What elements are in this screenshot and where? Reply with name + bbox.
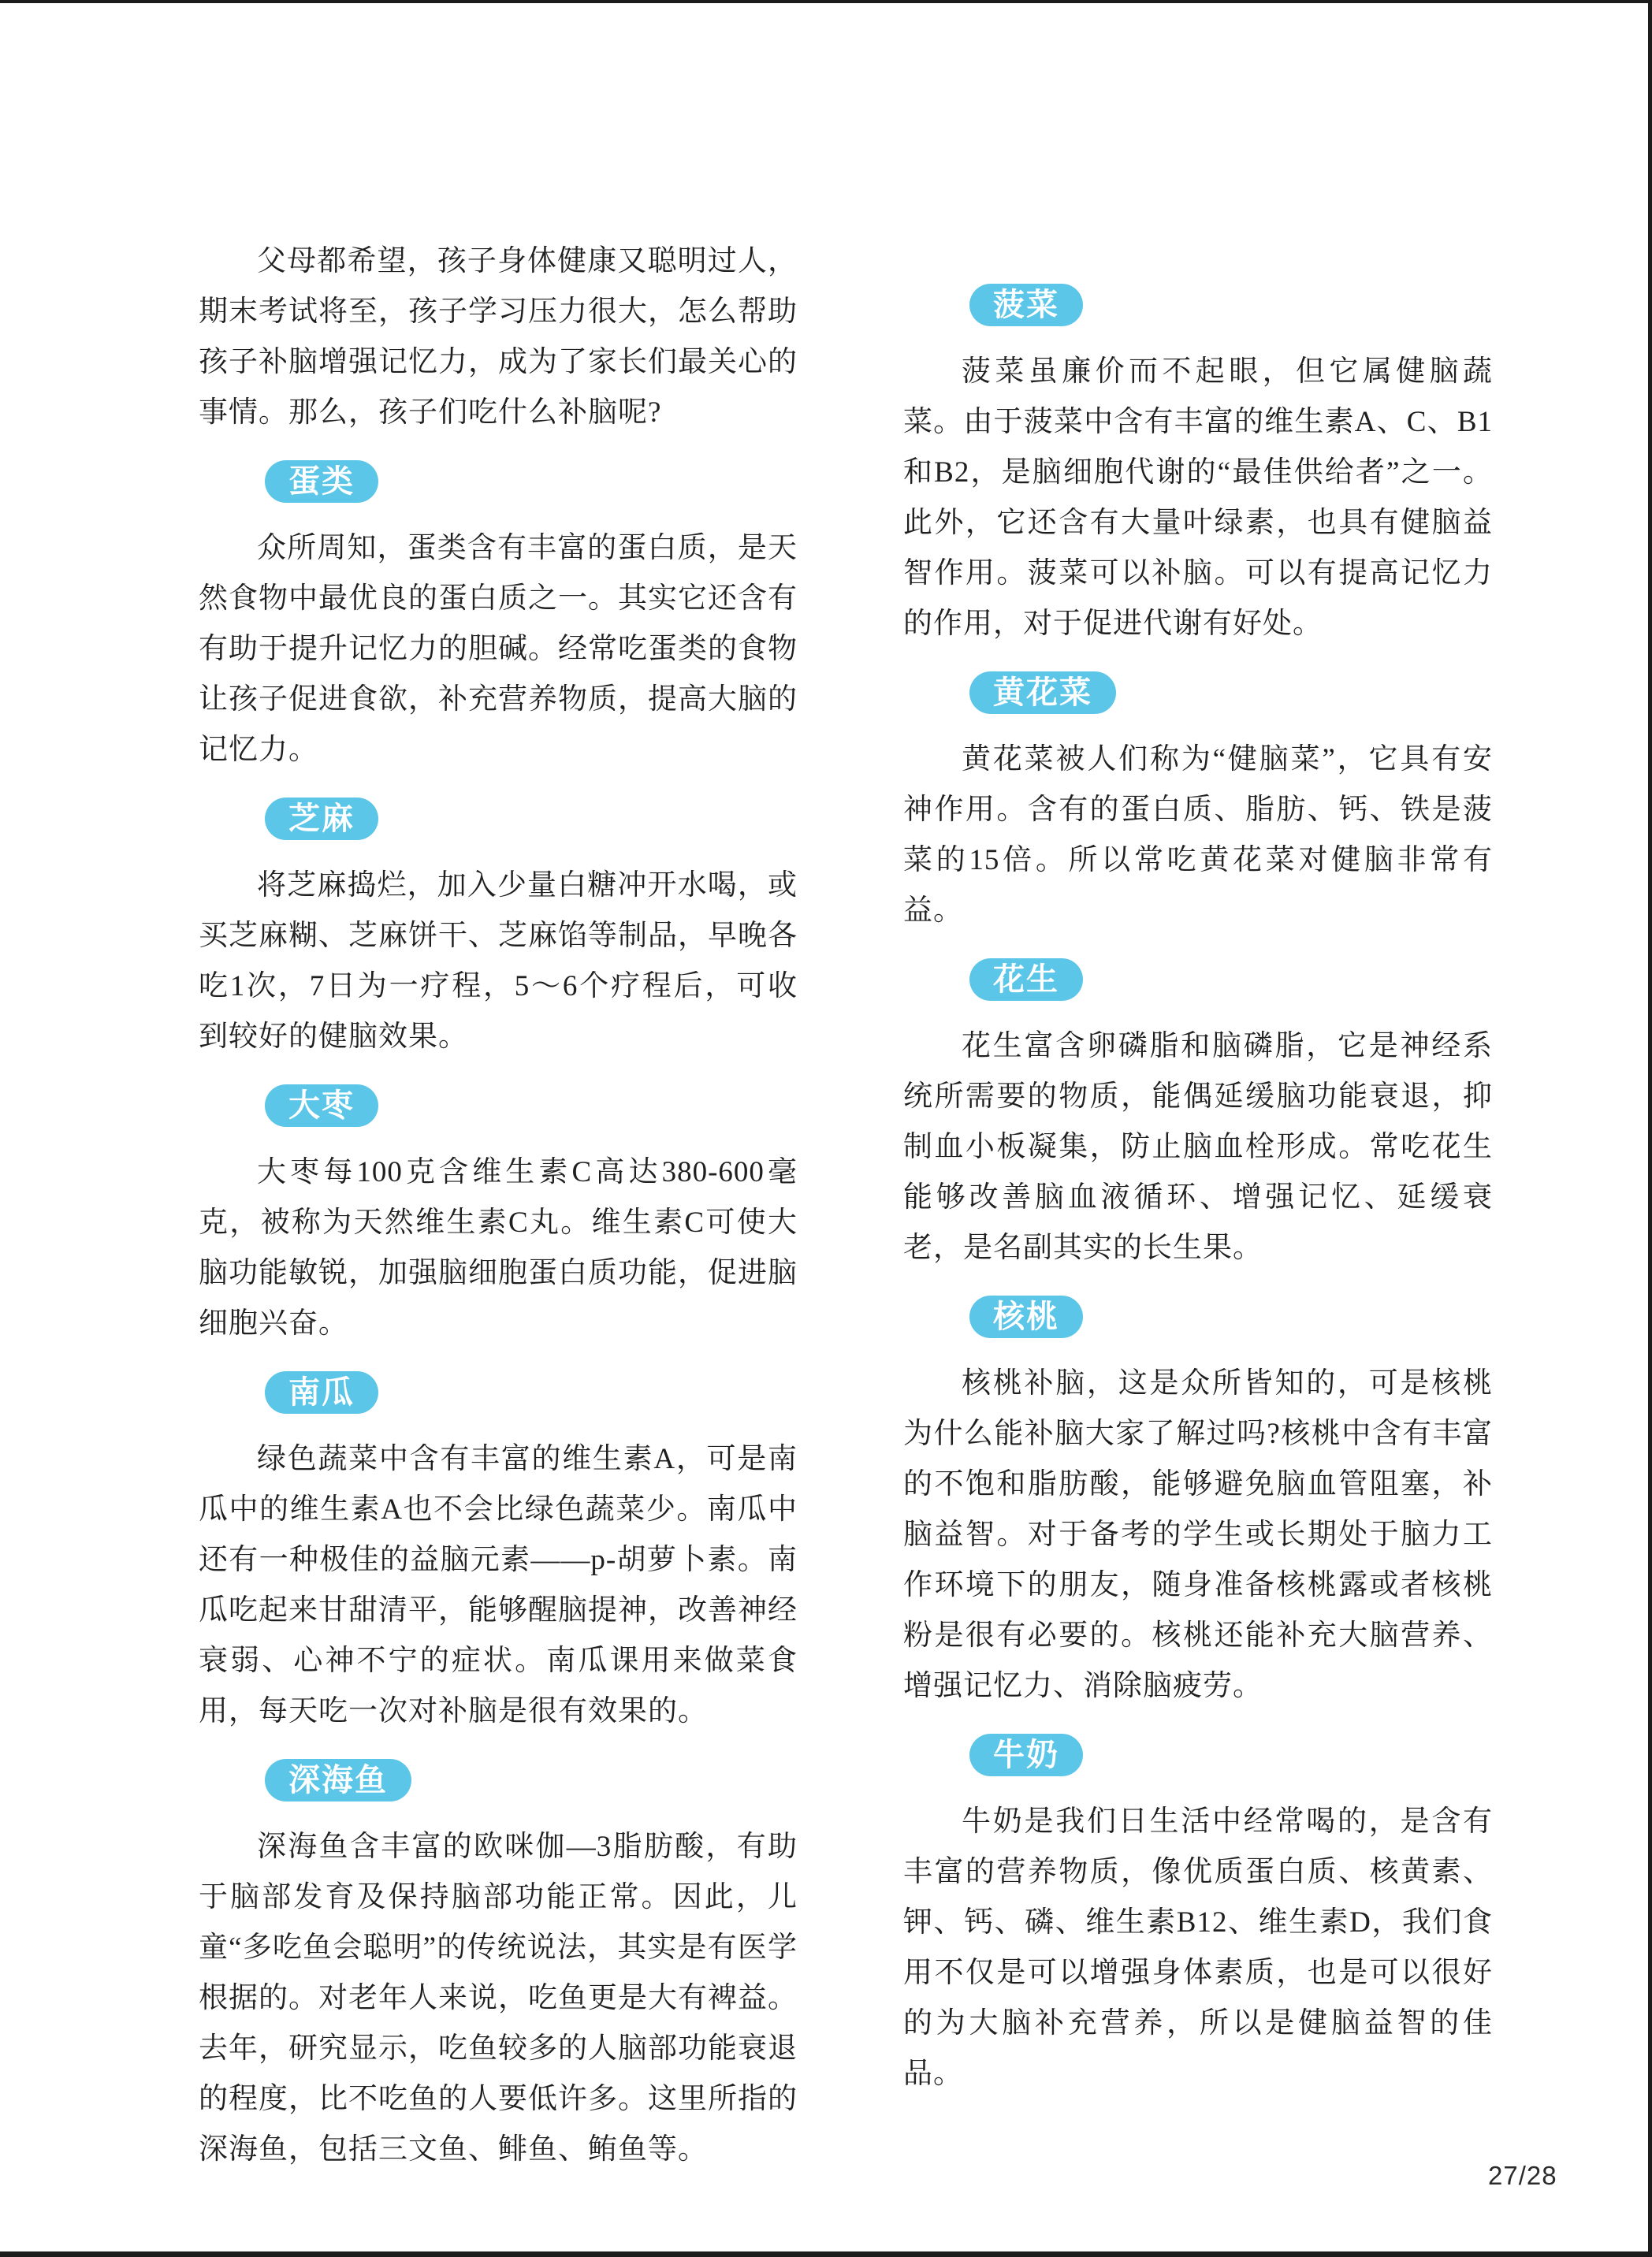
section-badge-peanut: 花生: [969, 958, 1083, 1001]
section-peanut-paragraph: 花生富含卵磷脂和脑磷脂，它是神经系统所需要的物质，能偶延缓脑功能衰退，抑制血小板…: [903, 1021, 1493, 1274]
right-column: 菠菜 菠菜虽廉价而不起眼，但它属健脑蔬菜。由于菠菜中含有丰富的维生素A、C、B1…: [903, 236, 1493, 2099]
section-deep-sea-fish-paragraph: 深海鱼含丰富的欧咪伽—3脂肪酸，有助于脑部发育及保持脑部功能正常。因此，儿童“多…: [199, 1822, 798, 2175]
section-jujube-header: 大枣: [199, 1062, 798, 1147]
page-edge-right: [1648, 0, 1652, 2257]
section-sesame-paragraph: 将芝麻捣烂，加入少量白糖冲开水喝，或买芝麻糊、芝麻饼干、芝麻馅等制品，早晚各吃1…: [199, 861, 798, 1062]
section-badge-deep-sea-fish: 深海鱼: [265, 1759, 411, 1802]
section-spinach-paragraph: 菠菜虽廉价而不起眼，但它属健脑蔬菜。由于菠菜中含有丰富的维生素A、C、B1和B2…: [903, 347, 1493, 649]
intro-paragraph: 父母都希望，孩子身体健康又聪明过人，期末考试将至，孩子学习压力很大，怎么帮助孩子…: [199, 236, 798, 438]
left-column: 父母都希望，孩子身体健康又聪明过人，期末考试将至，孩子学习压力很大，怎么帮助孩子…: [199, 236, 798, 2175]
section-jujube-paragraph: 大枣每100克含维生素C高达380-600毫克，被称为天然维生素C丸。维生素C可…: [199, 1147, 798, 1349]
section-pumpkin-header: 南瓜: [199, 1349, 798, 1434]
section-spinach-header: 菠菜: [903, 236, 1493, 347]
section-pumpkin-paragraph: 绿色蔬菜中含有丰富的维生素A，可是南瓜中的维生素A也不会比绿色蔬菜少。南瓜中还有…: [199, 1434, 798, 1737]
section-walnut-paragraph: 核桃补脑，这是众所皆知的，可是核桃为什么能补脑大家了解过吗?核桃中含有丰富的不饱…: [903, 1359, 1493, 1712]
section-badge-walnut: 核桃: [969, 1296, 1083, 1338]
section-badge-jujube: 大枣: [265, 1084, 378, 1127]
section-peanut-header: 花生: [903, 936, 1493, 1021]
page-edge-bottom: [0, 2251, 1652, 2257]
section-badge-sesame: 芝麻: [265, 798, 378, 840]
section-eggs-paragraph: 众所周知，蛋类含有丰富的蛋白质，是天然食物中最优良的蛋白质之一。其实它还含有有助…: [199, 523, 798, 775]
section-badge-eggs: 蛋类: [265, 460, 378, 503]
section-sesame-header: 芝麻: [199, 775, 798, 861]
section-daylily-paragraph: 黄花菜被人们称为“健脑菜”，它具有安神作用。含有的蛋白质、脂肪、钙、铁是菠菜的1…: [903, 734, 1493, 936]
page-number: 27/28: [1488, 2161, 1557, 2191]
section-badge-spinach: 菠菜: [969, 284, 1083, 326]
section-eggs-header: 蛋类: [199, 438, 798, 523]
section-walnut-header: 核桃: [903, 1274, 1493, 1359]
section-daylily-header: 黄花菜: [903, 649, 1493, 734]
section-milk-header: 牛奶: [903, 1712, 1493, 1797]
section-deep-sea-fish-header: 深海鱼: [199, 1737, 798, 1822]
page-edge-top: [0, 0, 1652, 3]
section-milk-paragraph: 牛奶是我们日生活中经常喝的，是含有丰富的营养物质，像优质蛋白质、核黄素、钾、钙、…: [903, 1797, 1493, 2099]
section-badge-pumpkin: 南瓜: [265, 1371, 378, 1414]
section-badge-milk: 牛奶: [969, 1734, 1083, 1776]
section-badge-daylily: 黄花菜: [969, 671, 1116, 714]
